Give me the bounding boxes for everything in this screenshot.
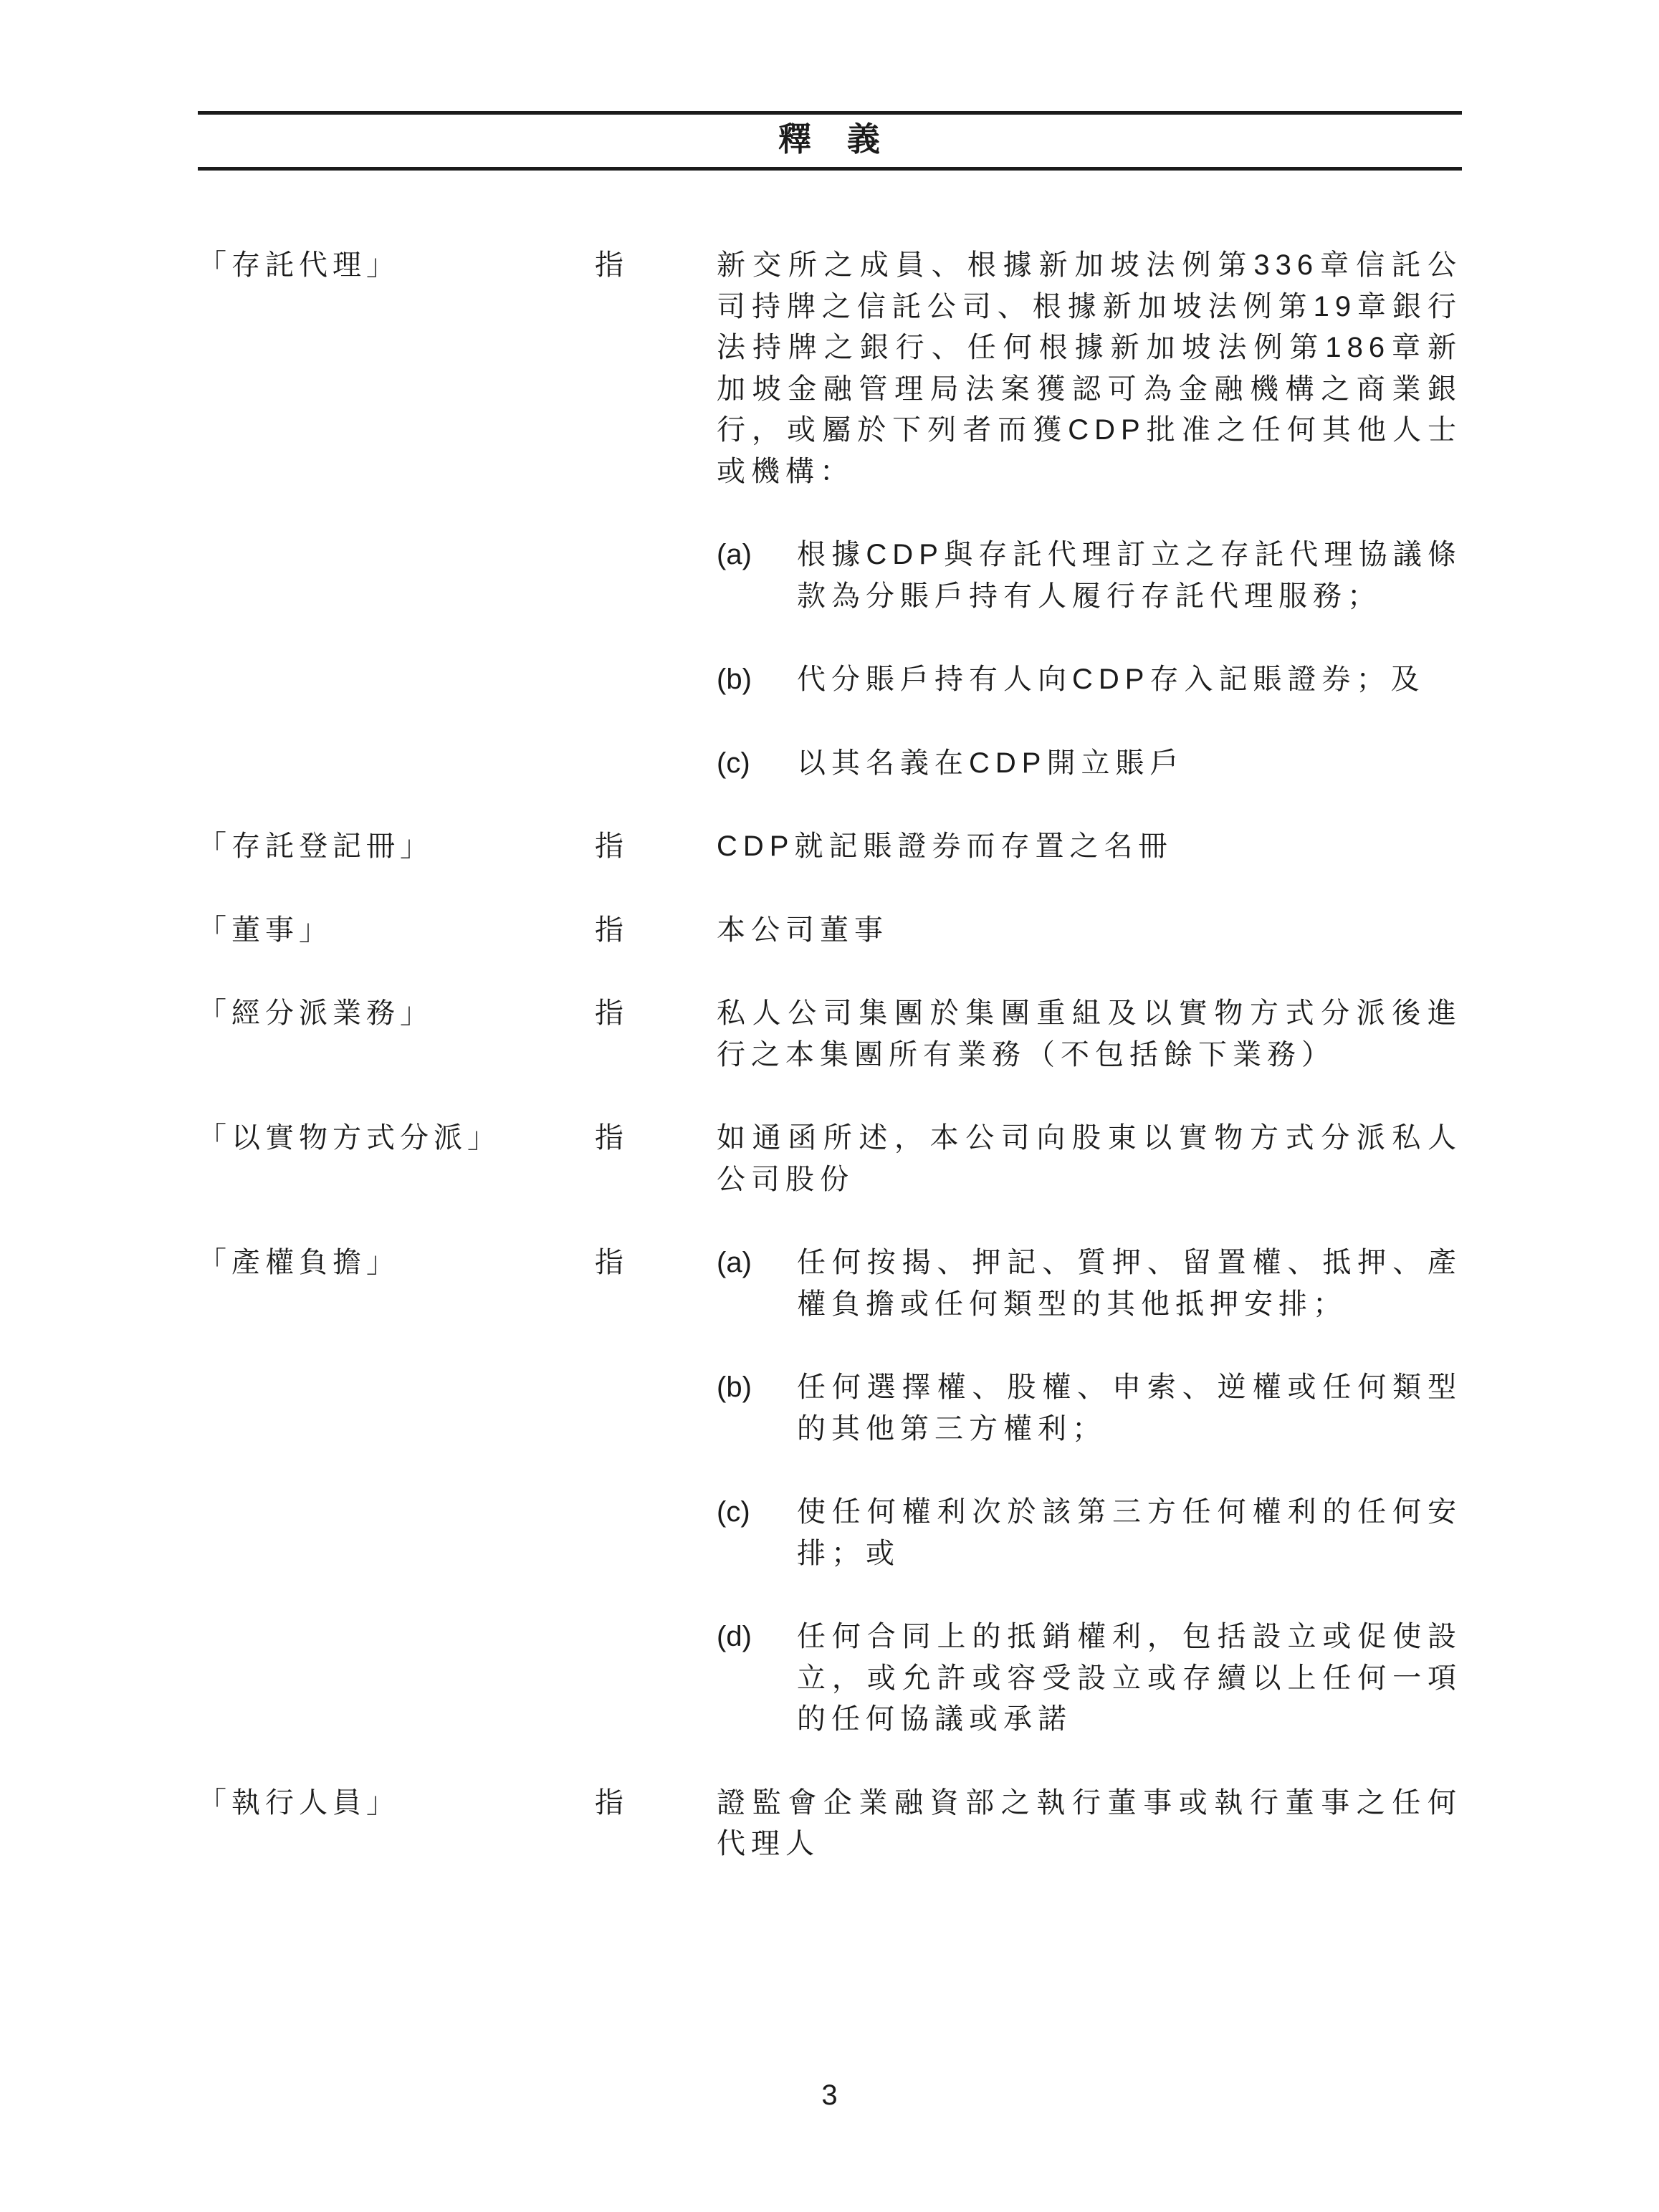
definition-entry: 「產權負擔」 指 (a) 任何按揭、押記、質押、留置權、抵押、產權負擔或任何類型… (198, 1243, 1462, 1741)
subitem-text: 根據CDP與存託代理訂立之存託代理協議條款為分賬戶持有人履行存託代理服務； (797, 535, 1462, 617)
subitem-text: 代分賬戶持有人向CDP存入記賬證券；及 (797, 659, 1462, 701)
definition-entry: 「以實物方式分派」 指 如通函所述，本公司向股東以實物方式分派私人公司股份 (198, 1118, 1462, 1200)
subitem-marker: (a) (717, 535, 797, 576)
definition-term: 「存託登記冊」 (198, 826, 595, 868)
definition-entry: 「執行人員」 指 證監會企業融資部之執行董事或執行董事之任何代理人 (198, 1783, 1462, 1865)
definition-entry: 「董事」 指 本公司董事 (198, 910, 1462, 952)
definition-body: CDP就記賬證券而存置之名冊 (717, 826, 1462, 868)
definition-text: 新交所之成員、根據新加坡法例第336章信託公司持牌之信託公司、根據新加坡法例第1… (717, 245, 1462, 492)
subitem-text: 任何選擇權、股權、申索、逆權或任何類型的其他第三方權利； (797, 1367, 1462, 1450)
subitem-text: 任何按揭、押記、質押、留置權、抵押、產權負擔或任何類型的其他抵押安排； (797, 1243, 1462, 1325)
definition-body: 新交所之成員、根據新加坡法例第336章信託公司持牌之信託公司、根據新加坡法例第1… (717, 245, 1462, 784)
subitem-marker: (a) (717, 1243, 797, 1284)
subitem-text: 任何合同上的抵銷權利，包括設立或促使設立，或允許或容受設立或存續以上任何一項的任… (797, 1617, 1462, 1741)
definition-connector: 指 (595, 1118, 717, 1159)
subitem-text: 使任何權利次於該第三方任何權利的任何安排；或 (797, 1492, 1462, 1574)
subitem-marker: (b) (717, 659, 797, 701)
subitem-text: 以其名義在CDP開立賬戶 (797, 743, 1462, 785)
definition-connector: 指 (595, 826, 717, 868)
definition-connector: 指 (595, 1243, 717, 1284)
definition-term: 「以實物方式分派」 (198, 1118, 595, 1159)
definition-body: 如通函所述，本公司向股東以實物方式分派私人公司股份 (717, 1118, 1462, 1200)
definition-body: 本公司董事 (717, 910, 1462, 952)
definition-subitem: (a) 任何按揭、押記、質押、留置權、抵押、產權負擔或任何類型的其他抵押安排； (717, 1243, 1462, 1325)
page-content: 釋 義 「存託代理」 指 新交所之成員、根據新加坡法例第336章信託公司持牌之信… (198, 111, 1462, 1907)
definition-connector: 指 (595, 910, 717, 952)
definition-entry: 「經分派業務」 指 私人公司集團於集團重組及以實物方式分派後進行之本集團所有業務… (198, 993, 1462, 1076)
definition-entry: 「存託登記冊」 指 CDP就記賬證券而存置之名冊 (198, 826, 1462, 868)
definition-term: 「存託代理」 (198, 245, 595, 287)
definition-body: 證監會企業融資部之執行董事或執行董事之任何代理人 (717, 1783, 1462, 1865)
page-number: 3 (0, 2075, 1659, 2117)
definition-connector: 指 (595, 245, 717, 287)
subitem-marker: (d) (717, 1617, 797, 1658)
subitem-marker: (c) (717, 743, 797, 785)
subitem-marker: (b) (717, 1367, 797, 1409)
definition-body: (a) 任何按揭、押記、質押、留置權、抵押、產權負擔或任何類型的其他抵押安排； … (717, 1243, 1462, 1741)
definition-term: 「執行人員」 (198, 1783, 595, 1824)
definition-connector: 指 (595, 1783, 717, 1824)
definition-subitem: (c) 使任何權利次於該第三方任何權利的任何安排；或 (717, 1492, 1462, 1574)
definitions-list: 「存託代理」 指 新交所之成員、根據新加坡法例第336章信託公司持牌之信託公司、… (198, 245, 1462, 1865)
document-page: 釋 義 「存託代理」 指 新交所之成員、根據新加坡法例第336章信託公司持牌之信… (0, 0, 1659, 2212)
definition-subitem: (b) 任何選擇權、股權、申索、逆權或任何類型的其他第三方權利； (717, 1367, 1462, 1450)
definition-text: CDP就記賬證券而存置之名冊 (717, 826, 1462, 868)
definition-body: 私人公司集團於集團重組及以實物方式分派後進行之本集團所有業務（不包括餘下業務） (717, 993, 1462, 1076)
definition-connector: 指 (595, 993, 717, 1035)
subitem-marker: (c) (717, 1492, 797, 1533)
definition-text: 本公司董事 (717, 910, 1462, 952)
definition-text: 私人公司集團於集團重組及以實物方式分派後進行之本集團所有業務（不包括餘下業務） (717, 993, 1462, 1076)
page-title: 釋 義 (198, 121, 1462, 157)
page-header: 釋 義 (198, 111, 1462, 171)
definition-subitem: (b) 代分賬戶持有人向CDP存入記賬證券；及 (717, 659, 1462, 701)
definition-subitem: (a) 根據CDP與存託代理訂立之存託代理協議條款為分賬戶持有人履行存託代理服務… (717, 535, 1462, 617)
definition-subitem: (c) 以其名義在CDP開立賬戶 (717, 743, 1462, 785)
definition-entry: 「存託代理」 指 新交所之成員、根據新加坡法例第336章信託公司持牌之信託公司、… (198, 245, 1462, 784)
definition-term: 「產權負擔」 (198, 1243, 595, 1284)
definition-subitem: (d) 任何合同上的抵銷權利，包括設立或促使設立，或允許或容受設立或存續以上任何… (717, 1617, 1462, 1741)
definition-text: 證監會企業融資部之執行董事或執行董事之任何代理人 (717, 1783, 1462, 1865)
definition-term: 「董事」 (198, 910, 595, 952)
definition-text: 如通函所述，本公司向股東以實物方式分派私人公司股份 (717, 1118, 1462, 1200)
definition-term: 「經分派業務」 (198, 993, 595, 1035)
